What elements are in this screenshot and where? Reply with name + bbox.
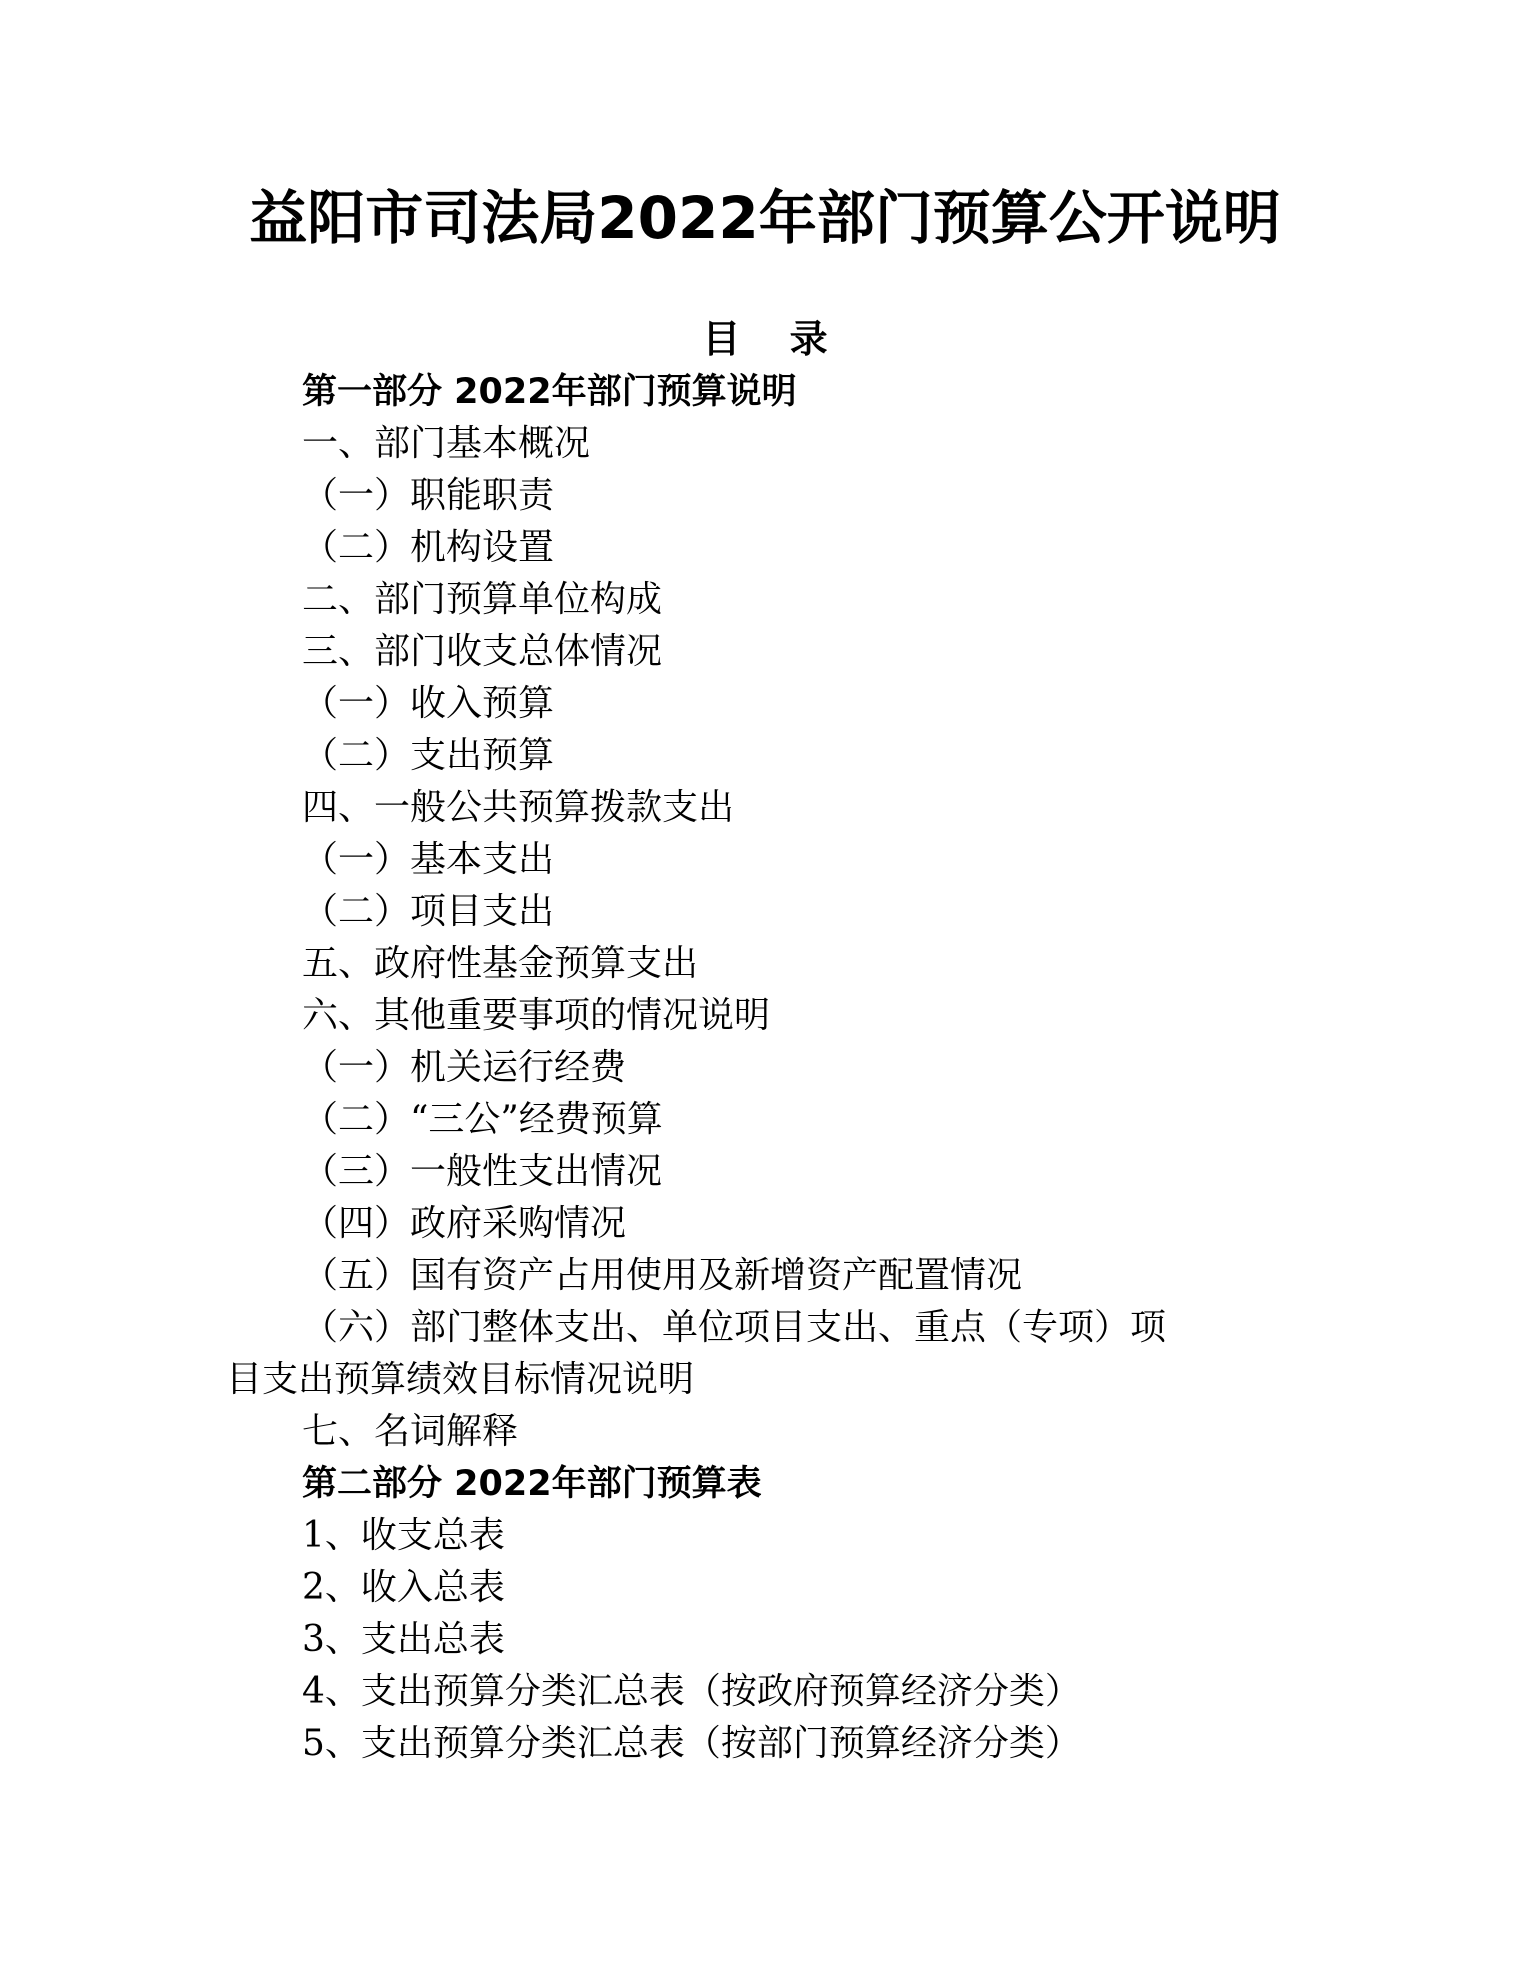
toc-heading: 目 录 bbox=[0, 312, 1530, 366]
toc-item: （五）国有资产占用使用及新增资产配置情况 bbox=[302, 1250, 1022, 1302]
toc-item: （三）一般性支出情况 bbox=[302, 1146, 662, 1198]
toc-item: 七、名词解释 bbox=[302, 1406, 518, 1458]
toc-part-1: 第一部分 2022年部门预算说明 bbox=[302, 366, 797, 418]
toc-item: （一）基本支出 bbox=[302, 834, 554, 886]
toc-item: （二）支出预算 bbox=[302, 730, 554, 782]
toc-item: （一）收入预算 bbox=[302, 678, 554, 730]
toc-item: 一、部门基本概况 bbox=[302, 418, 590, 470]
toc-item: 1、收支总表 bbox=[302, 1510, 505, 1562]
toc-item-continuation: 目支出预算绩效目标情况说明 bbox=[226, 1354, 694, 1406]
toc-item: （二）项目支出 bbox=[302, 886, 554, 938]
toc-part-2: 第二部分 2022年部门预算表 bbox=[302, 1458, 762, 1510]
toc-item: 五、政府性基金预算支出 bbox=[302, 938, 698, 990]
toc-item: 二、部门预算单位构成 bbox=[302, 574, 662, 626]
toc-item: （六）部门整体支出、单位项目支出、重点（专项）项 bbox=[302, 1302, 1166, 1354]
toc-item: 5、支出预算分类汇总表（按部门预算经济分类） bbox=[302, 1718, 1081, 1770]
toc-item: （四）政府采购情况 bbox=[302, 1198, 626, 1250]
document-title: 益阳市司法局2022年部门预算公开说明 bbox=[0, 178, 1530, 258]
document-page: 益阳市司法局2022年部门预算公开说明 目 录 第一部分 2022年部门预算说明… bbox=[0, 0, 1530, 1980]
toc-item: （一）机关运行经费 bbox=[302, 1042, 626, 1094]
toc-item: 2、收入总表 bbox=[302, 1562, 505, 1614]
toc-item: 4、支出预算分类汇总表（按政府预算经济分类） bbox=[302, 1666, 1081, 1718]
toc-item: 三、部门收支总体情况 bbox=[302, 626, 662, 678]
toc-item: （二）机构设置 bbox=[302, 522, 554, 574]
toc-item: 六、其他重要事项的情况说明 bbox=[302, 990, 770, 1042]
toc-item: 四、一般公共预算拨款支出 bbox=[302, 782, 734, 834]
toc-item: 3、支出总表 bbox=[302, 1614, 505, 1666]
toc-item: （一）职能职责 bbox=[302, 470, 554, 522]
toc-item: （二）“三公”经费预算 bbox=[302, 1094, 663, 1146]
